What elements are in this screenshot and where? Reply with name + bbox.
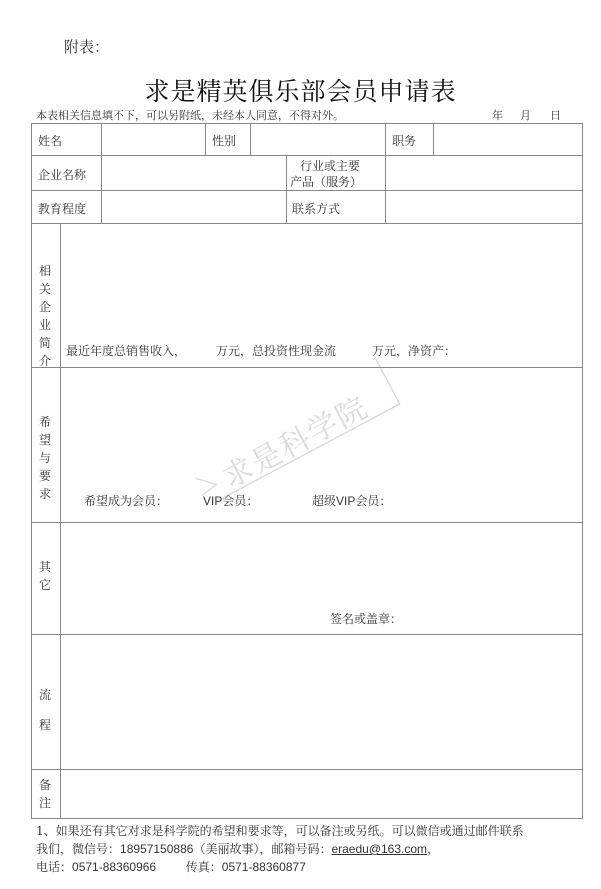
footer-note-line2: 我们，微信号：18957150886（美丽故事），邮箱号码：eraedu@163…: [36, 840, 439, 857]
date-year-label: 年: [492, 107, 503, 123]
requirements-label: 希望与要求: [38, 413, 52, 503]
education-field[interactable]: [102, 191, 286, 223]
other-field[interactable]: [61, 523, 582, 634]
fax-label: 传真：: [186, 860, 222, 874]
remarks-label: 备注: [38, 776, 52, 812]
other-label: 其它: [38, 558, 52, 594]
industry-label-line2: 产品（服务）: [290, 173, 362, 190]
name-label: 姓名: [38, 132, 62, 149]
date-month-label: 月: [520, 107, 531, 123]
position-field[interactable]: [434, 124, 582, 155]
company-intro-label: 相关企业简介: [38, 262, 52, 370]
footer-note-line1: 1、如果还有其它对求是科学院的希望和要求等，可以备注或另纸。可以微信或通过邮件联…: [36, 822, 524, 839]
member-option[interactable]: 希望成为会员：: [84, 492, 168, 509]
company-name-label: 企业名称: [38, 166, 86, 183]
appendix-label: 附表：: [64, 36, 109, 57]
form-notice: 本表相关信息填不下，可以另附纸，未经本人同意，不得对外。: [36, 107, 344, 123]
phone-number: 0571-88360966: [72, 860, 156, 874]
process-field[interactable]: [61, 635, 582, 769]
gender-label: 性别: [212, 132, 236, 149]
wechat-id: 18957150886: [120, 842, 193, 856]
page-title: 求是精英俱乐部会员申请表: [0, 72, 601, 108]
signature-label: 签名或盖章：: [330, 610, 402, 627]
gender-field[interactable]: [251, 124, 385, 155]
position-label: 职务: [392, 132, 416, 149]
education-label: 教育程度: [38, 200, 86, 217]
industry-label-line1: 行业或主要: [300, 157, 360, 174]
line2-suffix: ，: [427, 842, 439, 856]
super-vip-member-option[interactable]: 超级VIP会员：: [312, 492, 391, 509]
process-label: 流程: [38, 680, 52, 740]
company-name-field[interactable]: [102, 156, 286, 190]
industry-field[interactable]: [386, 156, 582, 190]
wechat-prefix: 我们，微信号：: [36, 842, 120, 856]
remarks-field[interactable]: [61, 770, 582, 818]
contact-field[interactable]: [386, 191, 582, 223]
date-day-label: 日: [550, 107, 561, 123]
phone-label: 电话：: [36, 860, 72, 874]
contact-label: 联系方式: [292, 200, 340, 217]
vip-member-option[interactable]: VIP会员：: [203, 492, 258, 509]
footer-contact-line: 电话：0571-88360966 传真：0571-88360877: [36, 858, 306, 875]
wechat-note: （美丽故事），邮箱号码：: [193, 842, 331, 856]
email-link[interactable]: eraedu@163.com: [331, 842, 427, 856]
fax-number: 0571-88360877: [222, 860, 306, 874]
name-field[interactable]: [102, 124, 205, 155]
company-finance-text: 最近年度总销售收入， 万元，总投资性现金流 万元，净资产：: [66, 342, 456, 359]
